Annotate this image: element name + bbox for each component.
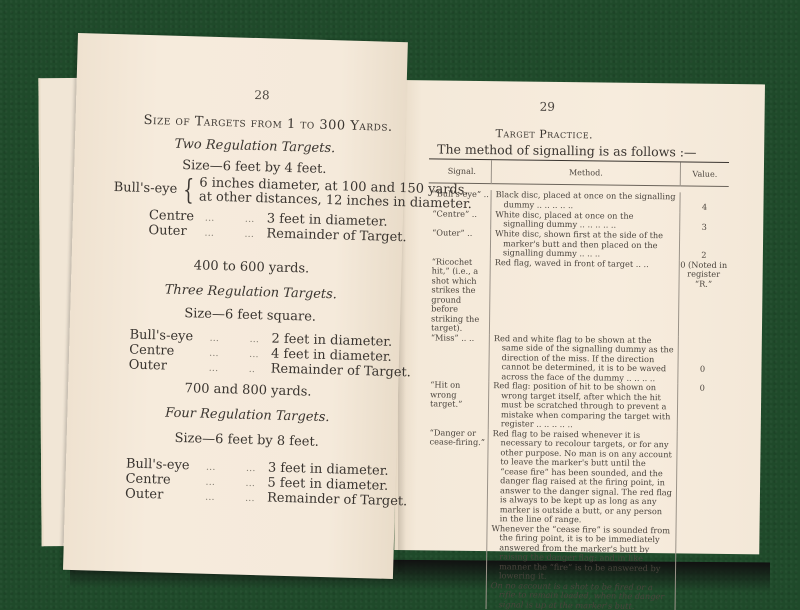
section-3-size: Size—6 feet by 8 feet.	[67, 428, 427, 453]
page-title: Size of Targets from 1 to 300 Yards.	[143, 113, 392, 135]
value-cell: 4	[680, 192, 728, 212]
header-method: Method.	[491, 160, 681, 186]
dots: ...	[204, 226, 244, 242]
brace: {	[182, 176, 193, 204]
table-row: “Miss” .. .. Red and white flag to be sh…	[426, 333, 727, 384]
signal-cell: “Centre” ..	[428, 209, 490, 229]
row-value: Remainder of Target.	[270, 362, 411, 381]
dots: ...	[205, 490, 245, 506]
signal-cell: “Miss” .. ..	[426, 333, 489, 381]
section-subheading: The method of signalling is as follows :…	[437, 141, 697, 159]
method-cell-extra: Whenever the “cease fire” is sounded fro…	[491, 524, 672, 583]
page-number: 28	[254, 88, 270, 102]
method-cell: Red flag to be raised whenever it is nec…	[492, 429, 673, 526]
signalling-table: Signal. Method. Value. “Bull's-eye” .. B…	[424, 158, 730, 610]
table-row: “Ricochet hit,” (i.e., a shot which stri…	[427, 257, 728, 337]
value-cell: 0	[678, 336, 727, 384]
section-3-range: 700 and 800 yards.	[68, 378, 428, 403]
value-cell: 0 (Noted in register “R.”	[679, 260, 728, 337]
section-1-subheading: Two Regulation Targets.	[75, 134, 435, 159]
section-2-subheading: Three Regulation Targets.	[71, 280, 431, 305]
table-body: “Bull's-eye” .. Black disc, placed at on…	[424, 183, 729, 610]
header-value: Value.	[681, 162, 729, 187]
page-number: 29	[540, 100, 555, 114]
method-cell: Red flag: position of hit to be shown on…	[493, 381, 674, 431]
table-row: “Danger or cease-firing.” Red flag to be…	[424, 428, 726, 610]
value-cell: 3	[680, 212, 728, 232]
signal-cell: “Hit on wrong target.”	[426, 380, 489, 428]
header-signal: Signal.	[429, 159, 491, 184]
dots: ...	[245, 491, 267, 507]
method-cell: White disc, shown first at the side of t…	[495, 229, 675, 260]
method-cell: Red and white flag to be shown at the sa…	[493, 334, 674, 384]
signal-cell: “Outer” ..	[428, 228, 490, 257]
dots: ...	[208, 361, 248, 377]
bullseye-label: Bull's-eye	[113, 181, 177, 197]
right-page: 29 Target Practice. The method of signal…	[394, 80, 765, 554]
row-label: Outer	[148, 223, 204, 240]
method-cell-note: On no account is a shot to be fired or a…	[491, 581, 671, 610]
section-2-range: 400 to 600 yards.	[71, 255, 431, 280]
value-cell: 0	[678, 383, 727, 431]
row-label: Outer	[129, 358, 209, 375]
table-header: Signal. Method. Value.	[429, 159, 729, 187]
method-cell: Red flag, waved in front of target .. ..	[495, 258, 675, 270]
method-cell: Black disc, placed at once on the signal…	[495, 190, 675, 211]
table-row: “Outer” .. White disc, shown first at th…	[428, 228, 728, 260]
row-label: Centre	[149, 208, 205, 225]
section-3-subheading: Four Regulation Targets.	[67, 403, 427, 428]
value-cell	[676, 431, 726, 610]
section-2-size: Size—6 feet square.	[70, 303, 430, 328]
dots: ...	[244, 227, 266, 243]
signal-cell: “Ricochet hit,” (i.e., a shot which stri…	[427, 257, 490, 334]
dots: ..	[248, 362, 270, 378]
value-cell: 2	[680, 231, 728, 260]
left-page: 28 Size of Targets from 1 to 300 Yards. …	[63, 33, 408, 579]
row-label: Outer	[125, 486, 205, 503]
row-value: Remainder of Target.	[267, 490, 408, 509]
signal-cell: “Danger or cease-firing.”	[424, 428, 488, 609]
row-value: Remainder of Target.	[266, 226, 407, 245]
table-row: “Hit on wrong target.” Red flag: positio…	[426, 380, 727, 431]
section-heading: Target Practice.	[399, 126, 689, 143]
